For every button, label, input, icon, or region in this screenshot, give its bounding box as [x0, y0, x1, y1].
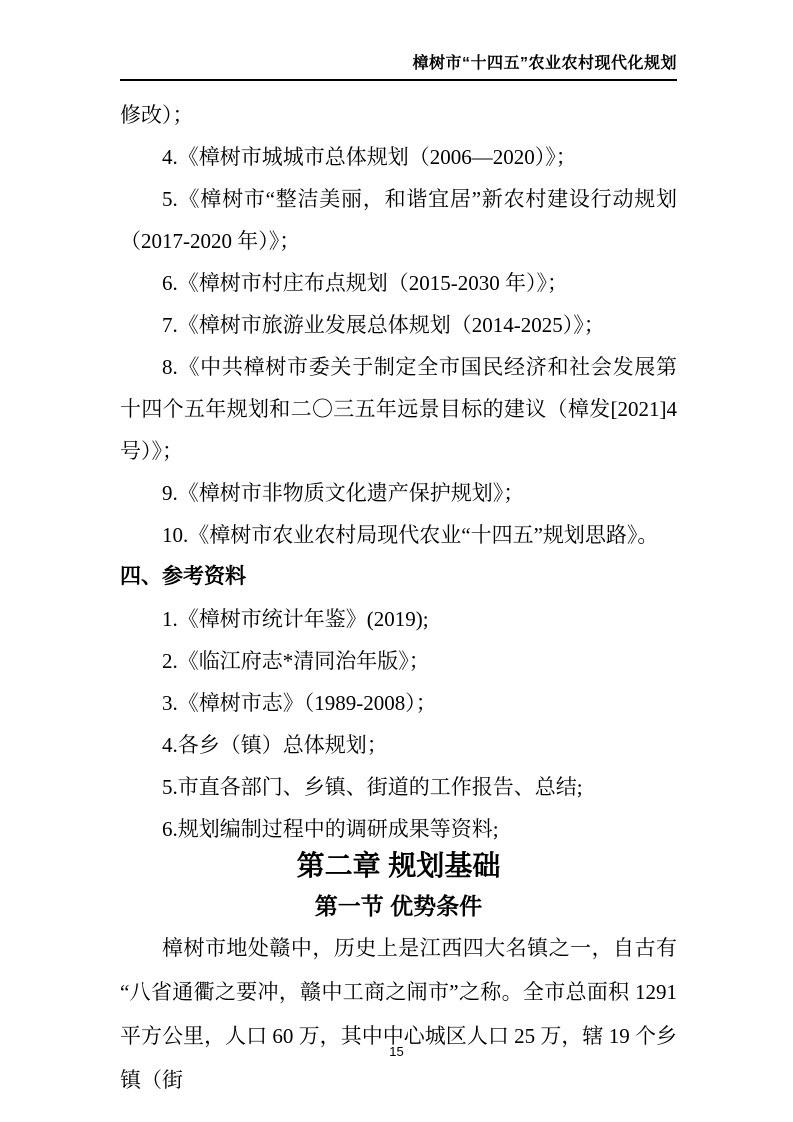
list-item-planning-doc-5: 5.《樟树市“整洁美丽，和谐宜居”新农村建设行动规划（2017-2020 年）》…: [120, 178, 677, 262]
body-paragraph: 樟树市地处赣中，历史上是江西四大名镇之一，自古有“八省通衢之要冲，赣中工商之闹市…: [120, 926, 677, 1102]
list-item-reference-4: 4.各乡（镇）总体规划；: [120, 724, 677, 766]
page-number: 15: [389, 1044, 403, 1059]
list-item-planning-doc-6: 6.《樟树市村庄布点规划（2015-2030 年）》；: [120, 262, 677, 304]
page-header: 樟树市“十四五”农业农村现代化规划: [120, 50, 677, 81]
list-item-planning-doc-10: 10.《樟树市农业农村局现代农业“十四五”规划思路》。: [120, 514, 677, 556]
references-section-heading: 四、参考资料: [120, 556, 677, 598]
list-item-reference-2: 2.《临江府志*清同治年版》；: [120, 640, 677, 682]
paragraph-continuation: 修改）；: [120, 94, 677, 136]
page-footer: 15: [0, 1044, 793, 1059]
list-item-reference-1: 1.《樟树市统计年鉴》(2019);: [120, 598, 677, 640]
list-item-planning-doc-7: 7.《樟树市旅游业发展总体规划（2014-2025）》；: [120, 304, 677, 346]
section-heading: 第一节 优势条件: [120, 886, 677, 926]
list-item-reference-6: 6.规划编制过程中的调研成果等资料;: [120, 808, 677, 850]
chapter-heading: 第二章 规划基础: [120, 846, 677, 886]
list-item-planning-doc-4: 4.《樟树市城城市总体规划（2006—2020）》；: [120, 136, 677, 178]
document-page: 樟树市“十四五”农业农村现代化规划 修改）； 4.《樟树市城城市总体规划（200…: [0, 0, 793, 1122]
list-item-reference-3: 3.《樟树市志》（1989-2008）；: [120, 682, 677, 724]
list-item-planning-doc-9: 9.《樟树市非物质文化遗产保护规划》；: [120, 472, 677, 514]
list-item-planning-doc-8: 8.《中共樟树市委关于制定全市国民经济和社会发展第十四个五年规划和二〇三五年远景…: [120, 346, 677, 472]
page-body: 修改）； 4.《樟树市城城市总体规划（2006—2020）》； 5.《樟树市“整…: [120, 94, 677, 1102]
list-item-reference-5: 5.市直各部门、乡镇、街道的工作报告、总结;: [120, 766, 677, 808]
header-title: 樟树市“十四五”农业农村现代化规划: [412, 55, 677, 72]
